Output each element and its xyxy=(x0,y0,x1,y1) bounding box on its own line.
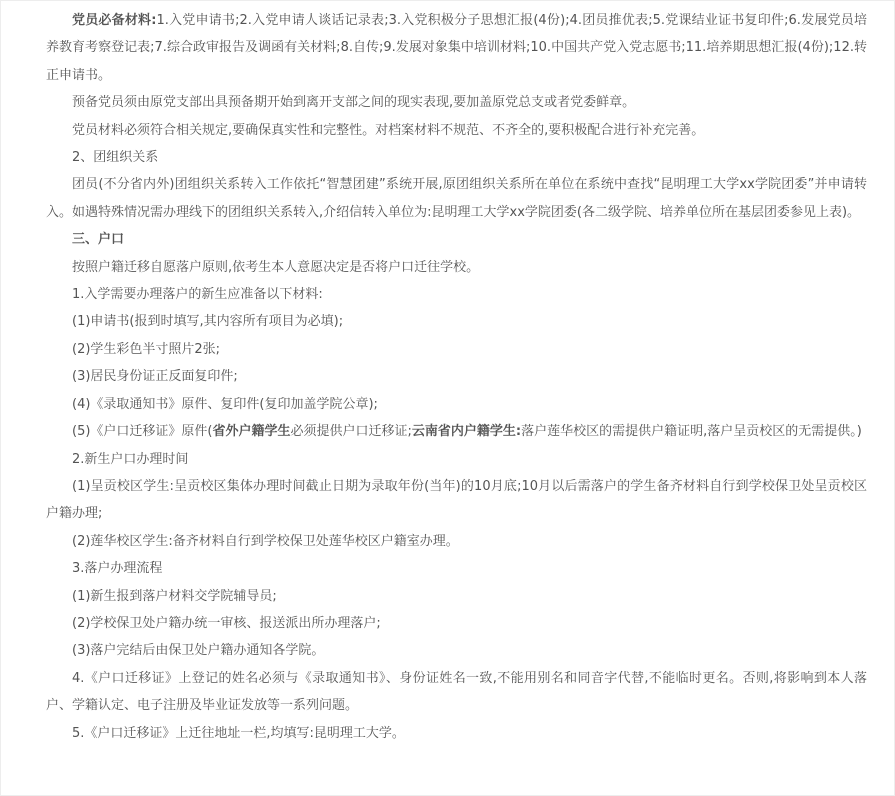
text-segment: 预备党员须由原党支部出具预备期开始到离开支部之间的现实表现,要加盖原党总支或者党… xyxy=(72,95,635,110)
text-segment: 1.入党申请书;2.入党申请人谈话记录表;3.入党积极分子思想汇报(4份);4.… xyxy=(46,13,867,83)
text-segment: 5.《户口迁移证》上迁往地址一栏,均填写:昆明理工大学。 xyxy=(72,726,405,741)
paragraph: (1)呈贡校区学生:呈贡校区集体办理时间截止日期为录取年份(当年)的10月底;1… xyxy=(46,473,867,528)
text-segment: (4)《录取通知书》原件、复印件(复印加盖学院公章); xyxy=(72,397,378,412)
document-body: 党员必备材料:1.入党申请书;2.入党申请人谈话记录表;3.入党积极分子思想汇报… xyxy=(46,7,867,747)
paragraph: 预备党员须由原党支部出具预备期开始到离开支部之间的现实表现,要加盖原党总支或者党… xyxy=(46,89,867,116)
paragraph: 2.新生户口办理时间 xyxy=(46,446,867,473)
paragraph: 党员材料必须符合相关规定,要确保真实性和完整性。对档案材料不规范、不齐全的,要积… xyxy=(46,117,867,144)
text-segment: 4.《户口迁移证》上登记的姓名必须与《录取通知书》、身份证姓名一致,不能用别名和… xyxy=(46,671,867,713)
paragraph: 党员必备材料:1.入党申请书;2.入党申请人谈话记录表;3.入党积极分子思想汇报… xyxy=(46,7,867,89)
text-segment: 1.入学需要办理落户的新生应准备以下材料: xyxy=(72,287,323,302)
text-segment-bold: 三、户口 xyxy=(72,232,124,247)
paragraph: 按照户籍迁移自愿落户原则,依考生本人意愿决定是否将户口迁往学校。 xyxy=(46,254,867,281)
paragraph: (2)莲华校区学生:备齐材料自行到学校保卫处莲华校区户籍室办理。 xyxy=(46,528,867,555)
text-segment: 2、团组织关系 xyxy=(72,150,158,165)
paragraph: (1)新生报到落户材料交学院辅导员; xyxy=(46,583,867,610)
text-segment: 党员材料必须符合相关规定,要确保真实性和完整性。对档案材料不规范、不齐全的,要积… xyxy=(72,123,704,138)
paragraph: (1)申请书(报到时填写,其内容所有项目为必填); xyxy=(46,308,867,335)
text-segment: (2)学生彩色半寸照片2张; xyxy=(72,342,220,357)
text-segment: (1)呈贡校区学生:呈贡校区集体办理时间截止日期为录取年份(当年)的10月底;1… xyxy=(46,479,867,521)
text-segment-bold: 省外户籍学生 xyxy=(213,424,291,439)
text-segment: 2.新生户口办理时间 xyxy=(72,452,188,467)
paragraph: 团员(不分省内外)团组织关系转入工作依托“智慧团建”系统开展,原团组织关系所在单… xyxy=(46,171,867,226)
paragraph: 4.《户口迁移证》上登记的姓名必须与《录取通知书》、身份证姓名一致,不能用别名和… xyxy=(46,665,867,720)
paragraph: (2)学生彩色半寸照片2张; xyxy=(46,336,867,363)
paragraph: 3.落户办理流程 xyxy=(46,555,867,582)
text-segment: (1)申请书(报到时填写,其内容所有项目为必填); xyxy=(72,314,343,329)
paragraph: (5)《户口迁移证》原件(省外户籍学生必须提供户口迁移证;云南省内户籍学生:落户… xyxy=(46,418,867,445)
text-segment: 团员(不分省内外)团组织关系转入工作依托“智慧团建”系统开展,原团组织关系所在单… xyxy=(46,177,867,219)
text-segment: (2)学校保卫处户籍办统一审核、报送派出所办理落户; xyxy=(72,616,381,631)
text-segment: (2)莲华校区学生:备齐材料自行到学校保卫处莲华校区户籍室办理。 xyxy=(72,534,459,549)
text-segment-bold: 云南省内户籍学生: xyxy=(412,424,521,439)
text-segment: 3.落户办理流程 xyxy=(72,561,162,576)
text-segment: 按照户籍迁移自愿落户原则,依考生本人意愿决定是否将户口迁往学校。 xyxy=(72,260,479,275)
text-segment-bold: 党员必备材料: xyxy=(72,13,156,28)
paragraph: (4)《录取通知书》原件、复印件(复印加盖学院公章); xyxy=(46,391,867,418)
paragraph: (2)学校保卫处户籍办统一审核、报送派出所办理落户; xyxy=(46,610,867,637)
paragraph: 1.入学需要办理落户的新生应准备以下材料: xyxy=(46,281,867,308)
text-segment: (5)《户口迁移证》原件( xyxy=(72,424,213,439)
document-page: 党员必备材料:1.入党申请书;2.入党申请人谈话记录表;3.入党积极分子思想汇报… xyxy=(0,0,895,796)
paragraph: (3)落户完结后由保卫处户籍办通知各学院。 xyxy=(46,637,867,664)
text-segment: 必须提供户口迁移证; xyxy=(291,424,412,439)
text-segment: 落户莲华校区的需提供户籍证明,落户呈贡校区的无需提供。) xyxy=(521,424,862,439)
paragraph: 三、户口 xyxy=(46,226,867,253)
text-segment: (3)居民身份证正反面复印件; xyxy=(72,369,238,384)
text-segment: (1)新生报到落户材料交学院辅导员; xyxy=(72,589,277,604)
paragraph: (3)居民身份证正反面复印件; xyxy=(46,363,867,390)
text-segment: (3)落户完结后由保卫处户籍办通知各学院。 xyxy=(72,643,324,658)
paragraph: 5.《户口迁移证》上迁往地址一栏,均填写:昆明理工大学。 xyxy=(46,720,867,747)
paragraph: 2、团组织关系 xyxy=(46,144,867,171)
